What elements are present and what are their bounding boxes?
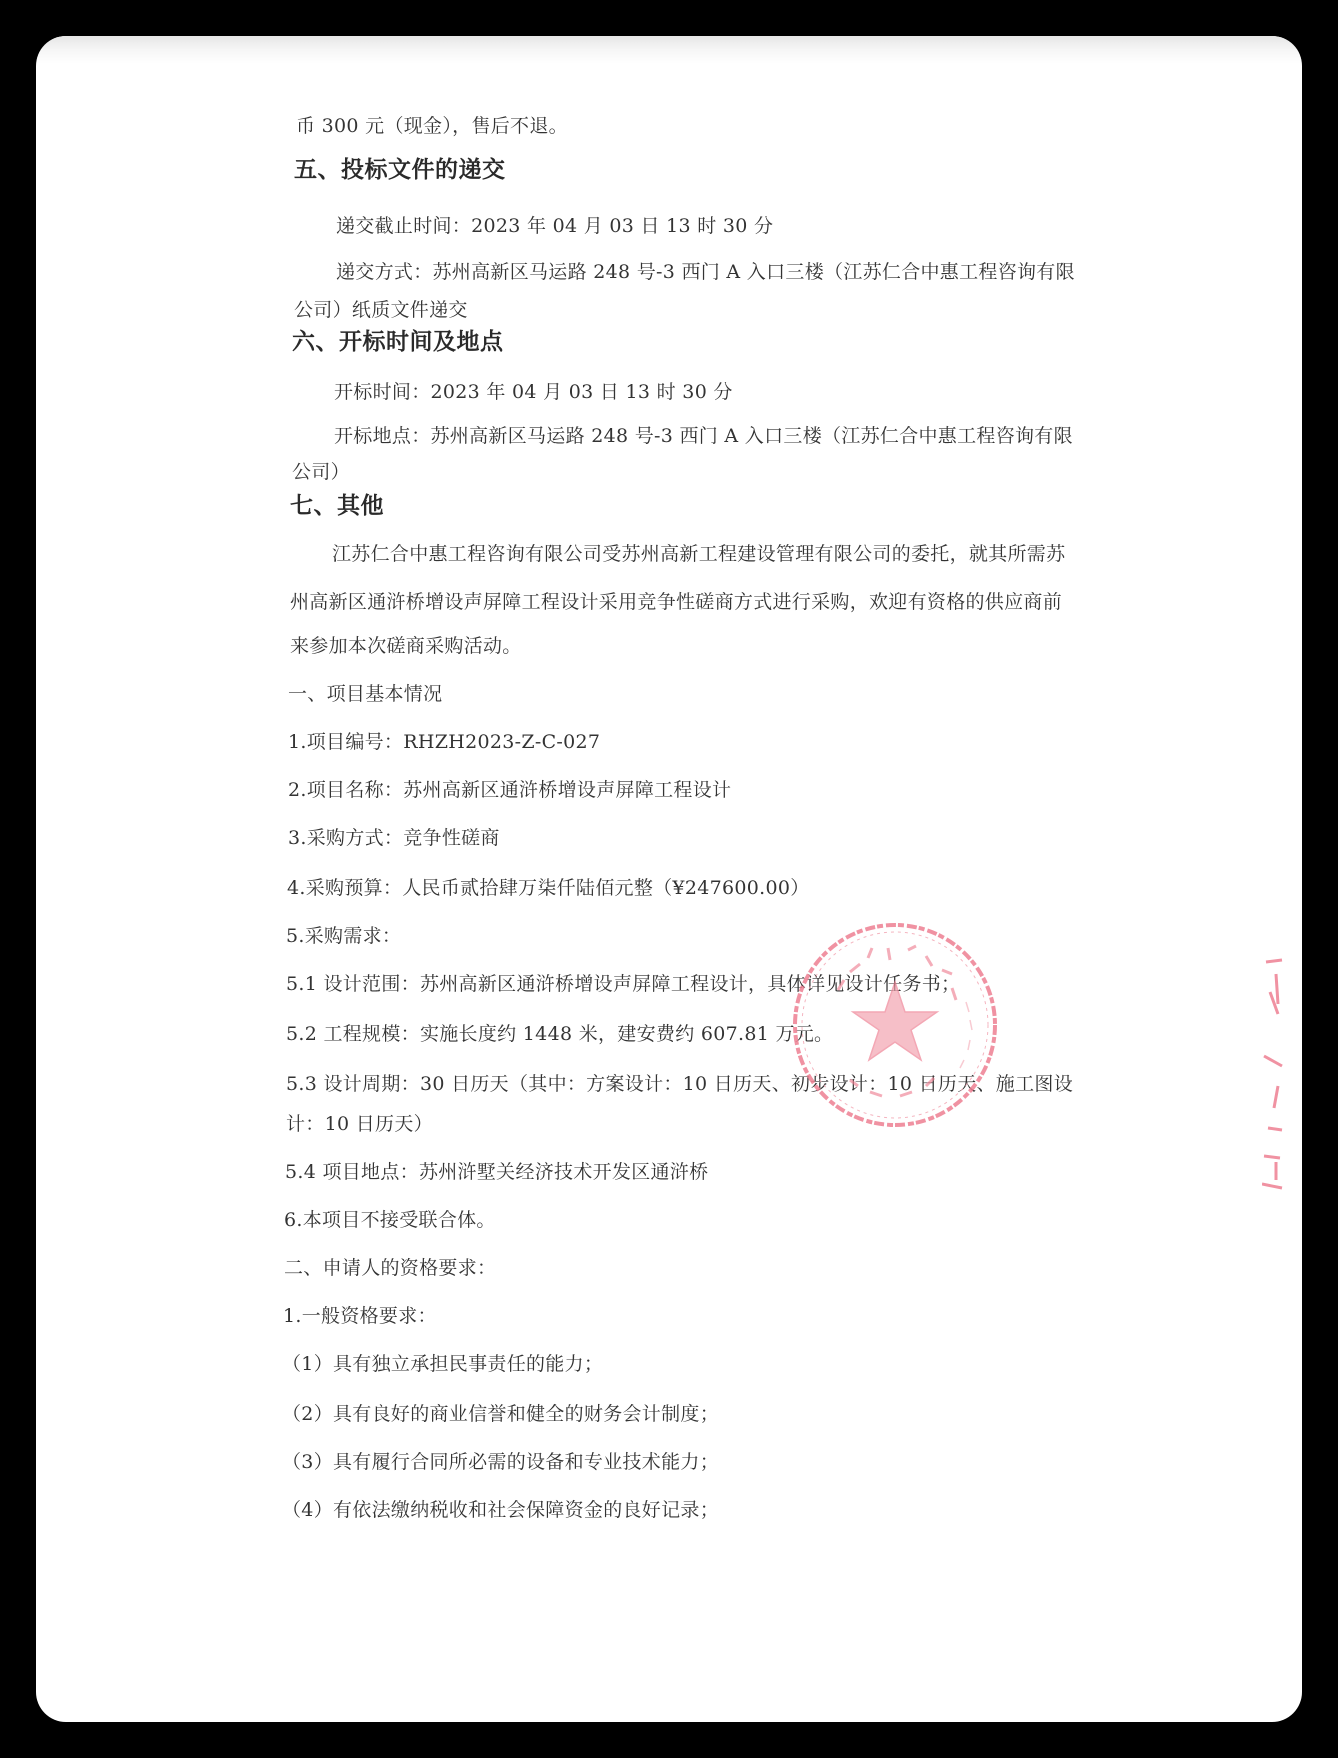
qualification-item: （3）具有履行合同所必需的设备和专业技术能力；	[282, 1450, 719, 1474]
project-info-item: 5.4 项目地点：苏州浒墅关经济技术开发区通浒桥	[285, 1160, 708, 1184]
document-page: 币 300 元（现金），售后不退。 五、投标文件的递交 递交截止时间：2023 …	[36, 36, 1302, 1722]
intro-line-2: 州高新区通浒桥增设声屏障工程设计采用竞争性磋商方式进行采购，欢迎有资格的供应商前	[290, 590, 1062, 614]
edge-seal-fragment-icon	[1262, 916, 1292, 1196]
submission-method-line-2: 公司）纸质文件递交	[294, 298, 468, 322]
project-info-item: 5.采购需求：	[286, 924, 401, 948]
project-info-item: 6.本项目不接受联合体。	[284, 1208, 496, 1232]
section-seven-heading: 七、其他	[290, 492, 384, 520]
intro-line-1: 江苏仁合中惠工程咨询有限公司受苏州高新工程建设管理有限公司的委托，就其所需苏	[332, 542, 1065, 566]
intro-line-3: 来参加本次磋商采购活动。	[290, 634, 522, 658]
project-info-heading: 一、项目基本情况	[288, 682, 442, 706]
qualification-item: （1）具有独立承担民事责任的能力；	[282, 1352, 603, 1376]
submission-deadline: 递交截止时间：2023 年 04 月 03 日 13 时 30 分	[336, 214, 773, 238]
section-five-heading: 五、投标文件的递交	[294, 156, 506, 184]
qualification-item: （4）有依法缴纳税收和社会保障资金的良好记录；	[282, 1498, 719, 1522]
qualifications-heading: 二、申请人的资格要求：	[284, 1256, 496, 1280]
continuation-line: 币 300 元（现金），售后不退。	[296, 114, 568, 138]
opening-place-line-2: 公司）	[292, 460, 350, 484]
project-info-item: 1.项目编号：RHZH2023-Z-C-027	[288, 730, 600, 754]
opening-time: 开标时间：2023 年 04 月 03 日 13 时 30 分	[334, 380, 733, 404]
project-info-item: 计：10 日历天）	[286, 1112, 433, 1136]
project-info-item: 4.采购预算：人民币贰拾肆万柒仟陆佰元整（¥247600.00）	[287, 876, 810, 900]
project-info-item: 5.3 设计周期：30 日历天（其中：方案设计：10 日历天、初步设计：10 日…	[286, 1072, 1073, 1096]
project-info-item: 2.项目名称：苏州高新区通浒桥增设声屏障工程设计	[288, 778, 731, 802]
project-info-item: 5.1 设计范围：苏州高新区通浒桥增设声屏障工程设计，具体详见设计任务书；	[286, 972, 960, 996]
submission-method-line-1: 递交方式：苏州高新区马运路 248 号-3 西门 A 入口三楼（江苏仁合中惠工程…	[336, 260, 1075, 284]
project-info-item: 3.采购方式：竞争性磋商	[288, 826, 500, 850]
project-info-item: 5.2 工程规模：实施长度约 1448 米，建安费约 607.81 万元。	[286, 1022, 833, 1046]
opening-place-line-1: 开标地点：苏州高新区马运路 248 号-3 西门 A 入口三楼（江苏仁合中惠工程…	[334, 424, 1073, 448]
document-body: 币 300 元（现金），售后不退。 五、投标文件的递交 递交截止时间：2023 …	[36, 36, 1302, 1722]
general-qualifications-heading: 1.一般资格要求：	[283, 1304, 437, 1328]
section-six-heading: 六、开标时间及地点	[292, 328, 504, 356]
qualification-item: （2）具有良好的商业信誉和健全的财务会计制度；	[282, 1402, 719, 1426]
